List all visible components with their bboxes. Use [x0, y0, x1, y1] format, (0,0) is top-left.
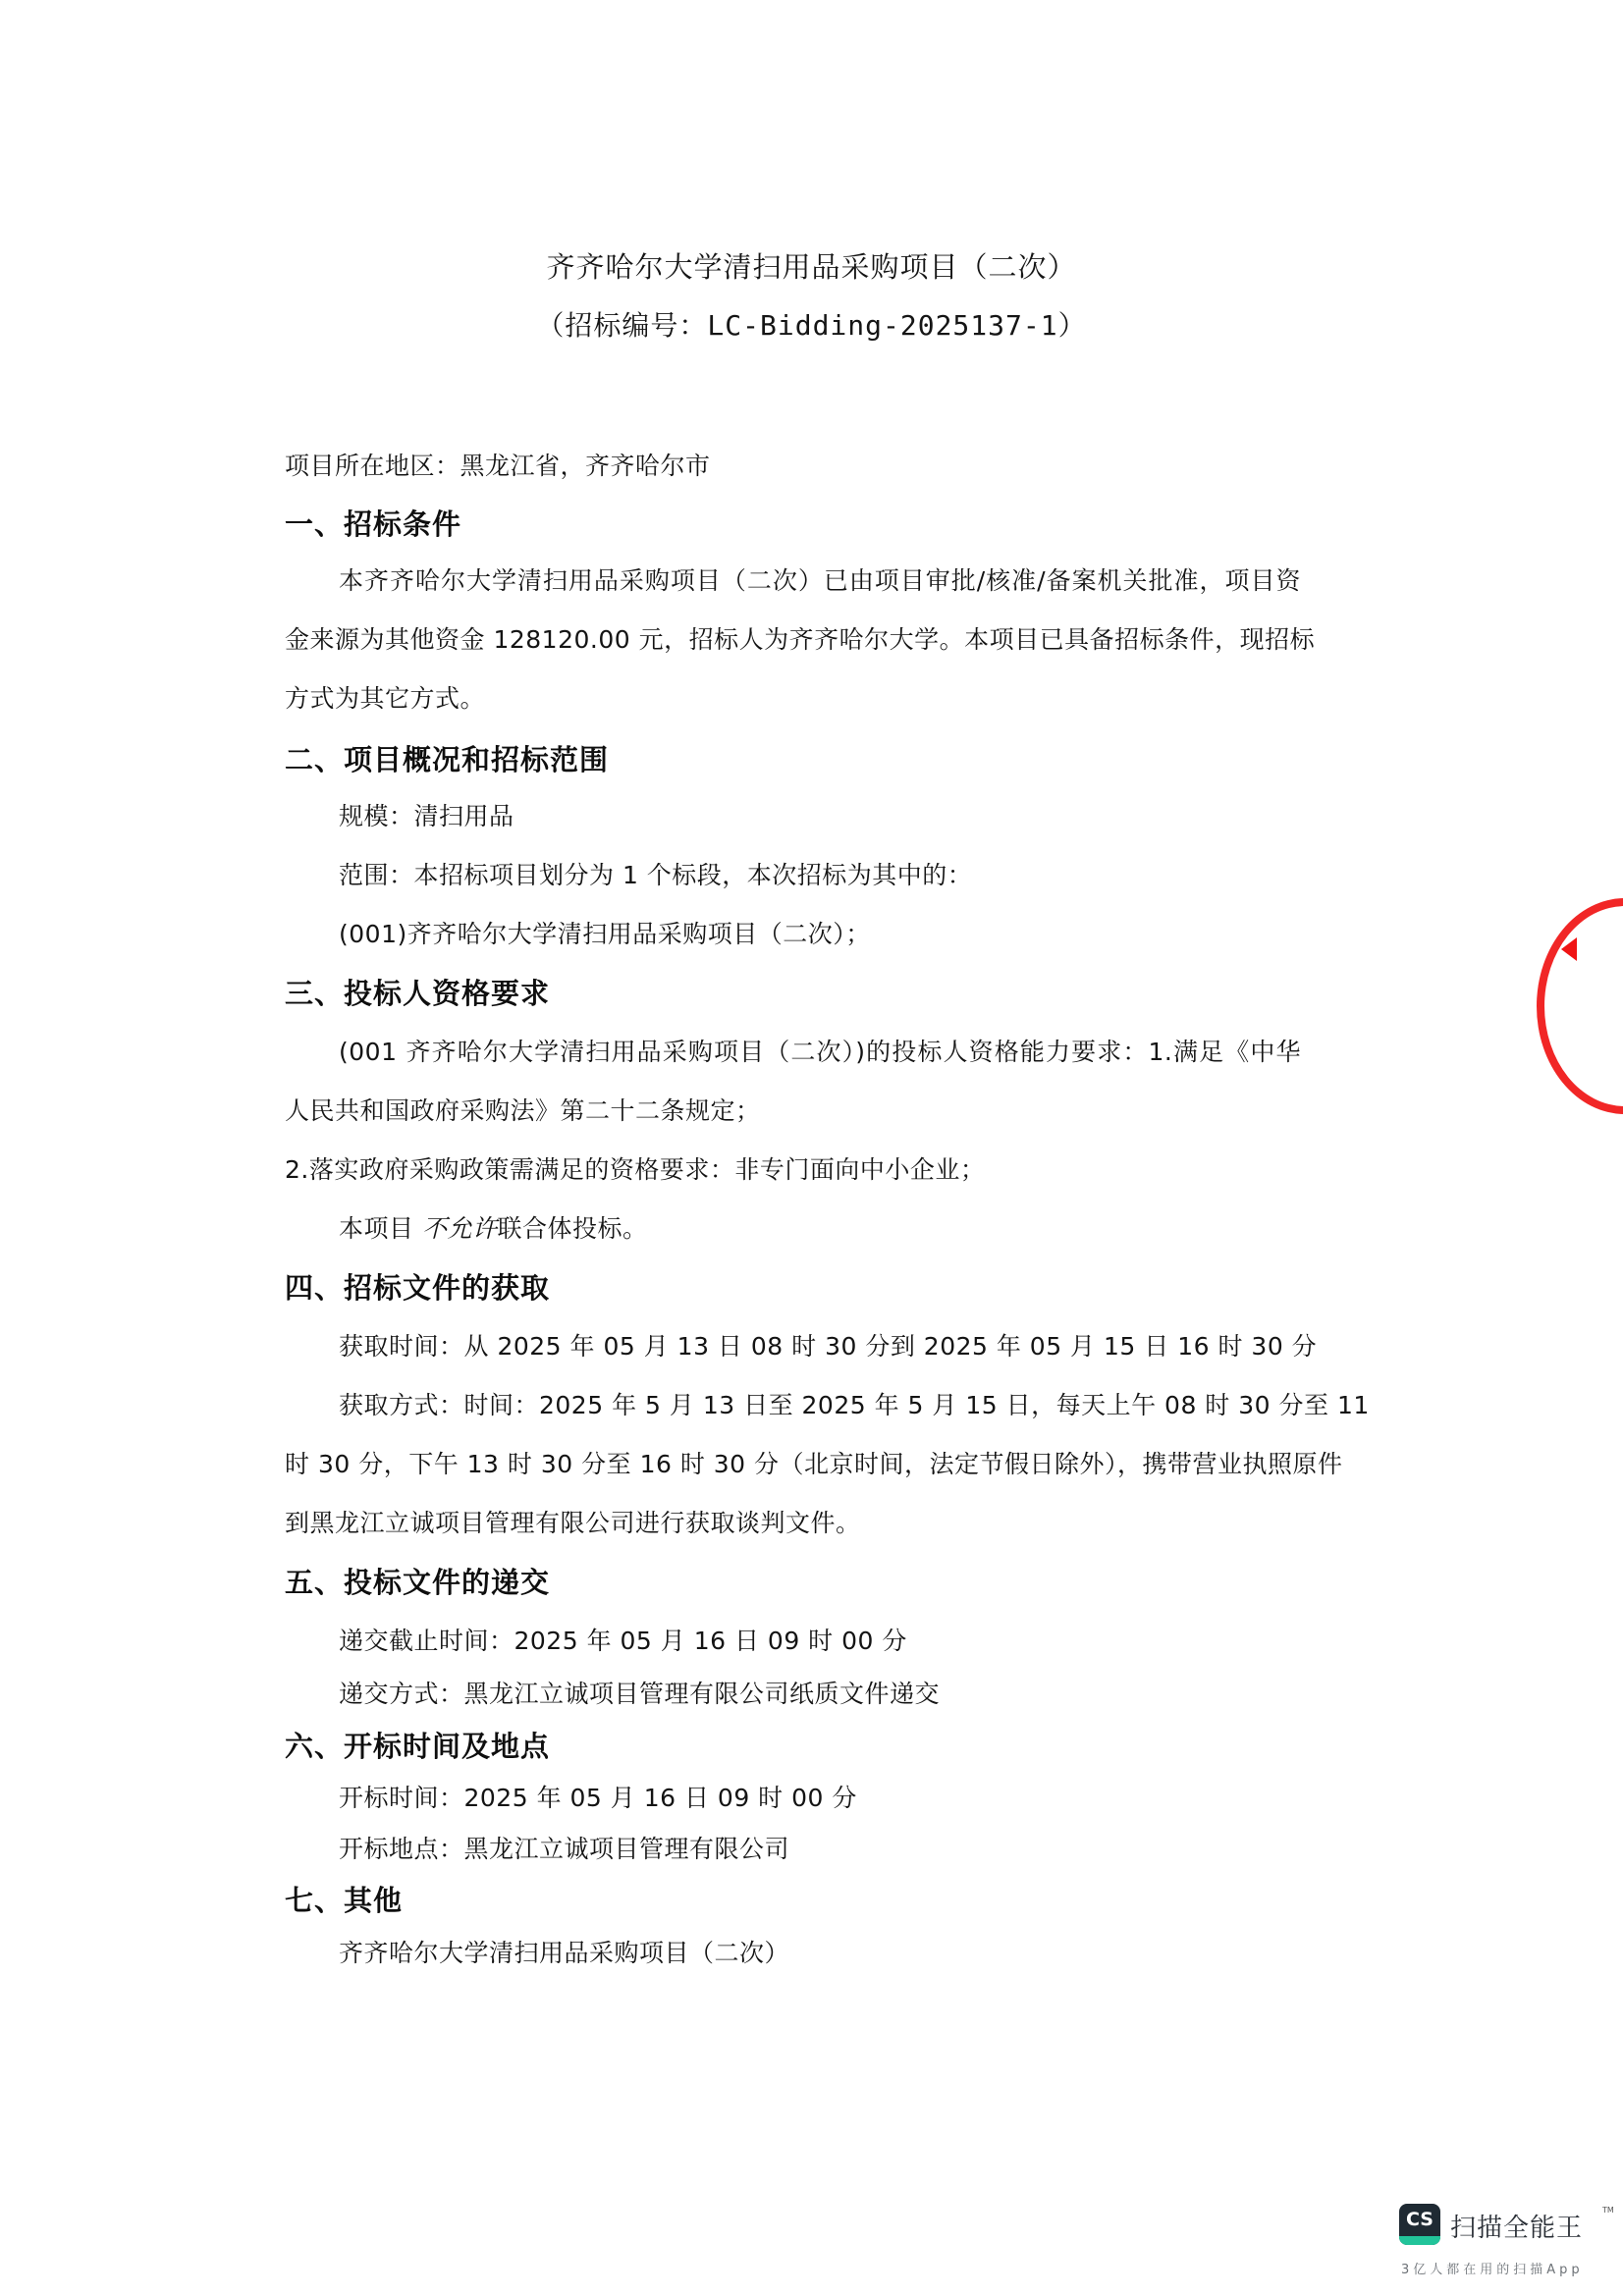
- section-heading-bidding-conditions: 一、招标条件: [285, 503, 461, 543]
- bid-number: LC-Bidding-2025137-1: [707, 309, 1057, 342]
- section-heading-bid-submission: 五、投标文件的递交: [285, 1561, 550, 1601]
- section-heading-other: 七、其他: [285, 1879, 403, 1919]
- paragraph-line: (001 齐齐哈尔大学清扫用品采购项目（二次）)的投标人资格能力要求：1.满足《…: [339, 1033, 1301, 1068]
- official-seal-stamp: [1537, 898, 1623, 1114]
- scope-line: 范围：本招标项目划分为 1 个标段，本次招标为其中的：: [339, 856, 972, 891]
- section-heading-bid-opening: 六、开标时间及地点: [285, 1725, 550, 1765]
- paragraph-line: 方式为其它方式。: [285, 679, 485, 715]
- project-region: 项目所在地区：黑龙江省，齐齐哈尔市: [285, 447, 711, 482]
- camscanner-logo-icon: CS: [1399, 2204, 1440, 2245]
- lot-line: (001)齐齐哈尔大学清扫用品采购项目（二次）；: [339, 915, 871, 950]
- paragraph-line: 人民共和国政府采购法》第二十二条规定；: [285, 1092, 761, 1127]
- camscanner-app-name: 扫描全能王: [1450, 2208, 1583, 2244]
- joint-bid-emphasis: 不允许: [422, 1214, 498, 1243]
- camscanner-watermark: CS 扫描全能王 TM 3亿人都在用的扫描App: [1399, 2204, 1615, 2282]
- paragraph-line: 本齐齐哈尔大学清扫用品采购项目（二次）已由项目审批/核准/备案机关批准，项目资: [339, 561, 1301, 597]
- bid-number-close: ）: [1058, 309, 1087, 342]
- trademark-mark: TM: [1602, 2206, 1614, 2215]
- camscanner-tagline: 3亿人都在用的扫描App: [1401, 2259, 1584, 2277]
- paragraph-line: 到黑龙江立诚项目管理有限公司进行获取谈判文件。: [285, 1504, 861, 1539]
- paragraph-line: 金来源为其他资金 128120.00 元，招标人为齐齐哈尔大学。本项目已具备招标…: [285, 620, 1301, 656]
- submission-method-line: 递交方式：黑龙江立诚项目管理有限公司纸质文件递交: [339, 1675, 940, 1710]
- joint-bid-line: 本项目 不允许联合体投标。: [339, 1209, 648, 1245]
- submission-deadline-line: 递交截止时间：2025 年 05 月 16 日 09 时 00 分: [339, 1622, 907, 1657]
- acquisition-time-line: 获取时间：从 2025 年 05 月 13 日 08 时 30 分到 2025 …: [339, 1327, 1317, 1362]
- acquisition-method-line: 获取方式：时间：2025 年 5 月 13 日至 2025 年 5 月 15 日…: [339, 1386, 1301, 1421]
- document-page: 齐齐哈尔大学清扫用品采购项目（二次） （招标编号：LC-Bidding-2025…: [0, 0, 1623, 2296]
- paragraph-line: 2.落实政府采购政策需满足的资格要求：非专门面向中小企业；: [285, 1150, 985, 1186]
- joint-bid-prefix: 本项目: [339, 1214, 414, 1243]
- bid-number-label: （招标编号：: [536, 309, 707, 342]
- section-heading-project-overview: 二、项目概况和招标范围: [285, 738, 609, 778]
- paragraph-line: 时 30 分，下午 13 时 30 分至 16 时 30 分（北京时间，法定节假…: [285, 1445, 1301, 1480]
- opening-location-line: 开标地点：黑龙江立诚项目管理有限公司: [339, 1830, 789, 1865]
- joint-bid-suffix: 联合体投标。: [497, 1214, 647, 1243]
- section-heading-bidder-qualifications: 三、投标人资格要求: [285, 972, 550, 1012]
- scale-line: 规模：清扫用品: [339, 797, 514, 832]
- other-line: 齐齐哈尔大学清扫用品采购项目（二次）: [339, 1934, 789, 1969]
- document-title: 齐齐哈尔大学清扫用品采购项目（二次）: [0, 245, 1623, 286]
- opening-time-line: 开标时间：2025 年 05 月 16 日 09 时 00 分: [339, 1779, 857, 1814]
- seal-star-icon: [1561, 937, 1577, 961]
- bid-number-line: （招标编号：LC-Bidding-2025137-1）: [0, 304, 1623, 344]
- section-heading-document-acquisition: 四、招标文件的获取: [285, 1266, 550, 1307]
